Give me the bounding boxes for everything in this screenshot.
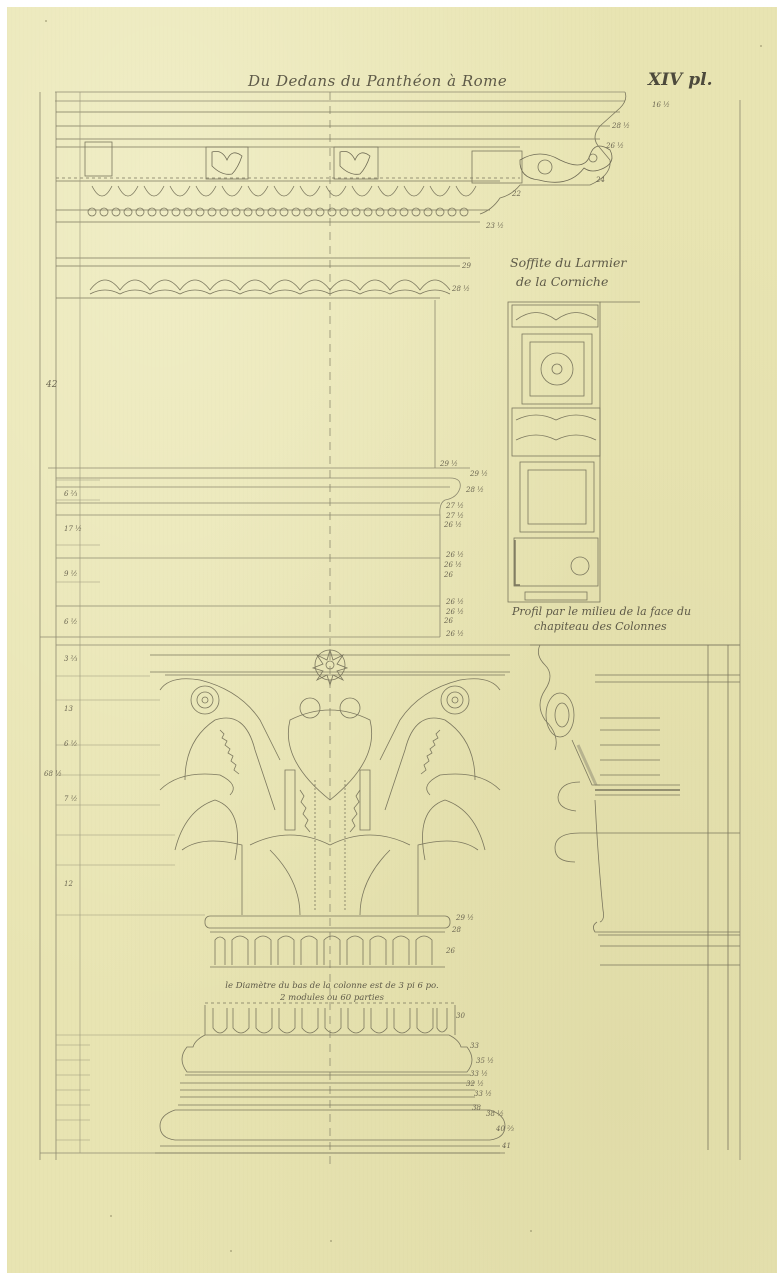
dimension-label: 26 ½ — [444, 521, 462, 529]
dimension-label: 26 ½ — [606, 142, 624, 150]
dimension-label: 16 ½ — [652, 101, 670, 109]
dimension-label: 6 ½ — [64, 740, 77, 748]
dimension-label: 26 — [446, 947, 455, 955]
dimension-label: 22 — [512, 190, 521, 198]
dimension-label: 26 ½ — [446, 608, 464, 616]
profile-label: Profil par le milieu de la face du chapi… — [512, 604, 691, 634]
dimension-label: 26 ½ — [446, 630, 464, 638]
dimension-label: 26 — [444, 571, 453, 579]
dimension-label: 68 ½ — [44, 770, 62, 778]
drawing-title: Du Dedans du Panthéon à Rome — [248, 72, 507, 90]
dimension-label: 17 ½ — [64, 525, 82, 533]
dimension-label: 33 — [470, 1042, 479, 1050]
dimension-label: 29 — [462, 262, 471, 270]
soffit-detail-drawing — [508, 302, 640, 602]
paper-speck — [110, 1215, 112, 1217]
paper-speck — [330, 1240, 332, 1242]
dimension-label: 33 ½ — [474, 1090, 492, 1098]
soffit-label-line2: de la Corniche — [510, 272, 626, 291]
dimension-label: 38 — [472, 1104, 481, 1112]
dimension-label: 33 ½ — [470, 1070, 488, 1078]
dimension-label: 26 ½ — [444, 561, 462, 569]
dimension-label: 6 ½ — [64, 618, 77, 626]
capital-profile-drawing — [530, 645, 740, 1150]
dimension-label: 27 ½ — [446, 502, 464, 510]
dimension-label: 9 ½ — [64, 570, 77, 578]
dimension-label: 26 ½ — [446, 598, 464, 606]
paper-speck — [230, 1250, 232, 1252]
paper-speck — [530, 1230, 532, 1232]
dimension-label: 28 — [452, 926, 461, 934]
dimension-label: 23 ½ — [486, 222, 504, 230]
dimension-label: 29 ½ — [456, 914, 474, 922]
dimension-label: 27 ½ — [446, 512, 464, 520]
dimension-label: 40 ⅔ — [496, 1125, 514, 1133]
dimension-label: 42 — [46, 380, 57, 390]
diameter-note: le Diamètre du bas de la colonne est de … — [202, 980, 462, 1004]
dimension-label: 3 ⅔ — [64, 655, 77, 663]
dimension-label: 12 — [64, 880, 73, 888]
plate-number: XIV pl. — [648, 70, 713, 90]
dimension-label: 24 — [596, 176, 605, 184]
dimension-label: 28 ½ — [612, 122, 630, 130]
dimension-label: 28 ½ — [466, 486, 484, 494]
dimension-label: 7 ½ — [64, 795, 77, 803]
soffit-label-line1: Soffite du Larmier — [510, 253, 626, 272]
dimension-label: 41 — [502, 1142, 511, 1150]
profile-label-line2: chapiteau des Colonnes — [512, 619, 691, 634]
dimension-label: 35 ½ — [476, 1057, 494, 1065]
diameter-note-line1: le Diamètre du bas de la colonne est de … — [202, 980, 462, 992]
dimension-label: 29 ½ — [440, 460, 458, 468]
dimension-label: 30 — [456, 1012, 465, 1020]
frieze-elevation — [48, 300, 470, 468]
paper-speck — [45, 20, 47, 22]
dimension-label: 6 ⅔ — [64, 490, 77, 498]
dimension-label: 28 ½ — [452, 285, 470, 293]
diameter-note-line2: 2 modules ou 60 parties — [202, 992, 462, 1004]
soffit-label: Soffite du Larmier de la Corniche — [510, 253, 626, 291]
dimension-label: 26 ½ — [446, 551, 464, 559]
dimension-label: 13 — [64, 705, 73, 713]
paper-speck — [760, 45, 762, 47]
dimension-label: 26 — [444, 617, 453, 625]
profile-label-line1: Profil par le milieu de la face du — [512, 604, 691, 619]
architectural-drawing — [0, 0, 784, 1280]
dimension-label: 29 ½ — [470, 470, 488, 478]
dimension-label: 32 ½ — [466, 1080, 484, 1088]
dimension-label: 38 ½ — [486, 1110, 504, 1118]
